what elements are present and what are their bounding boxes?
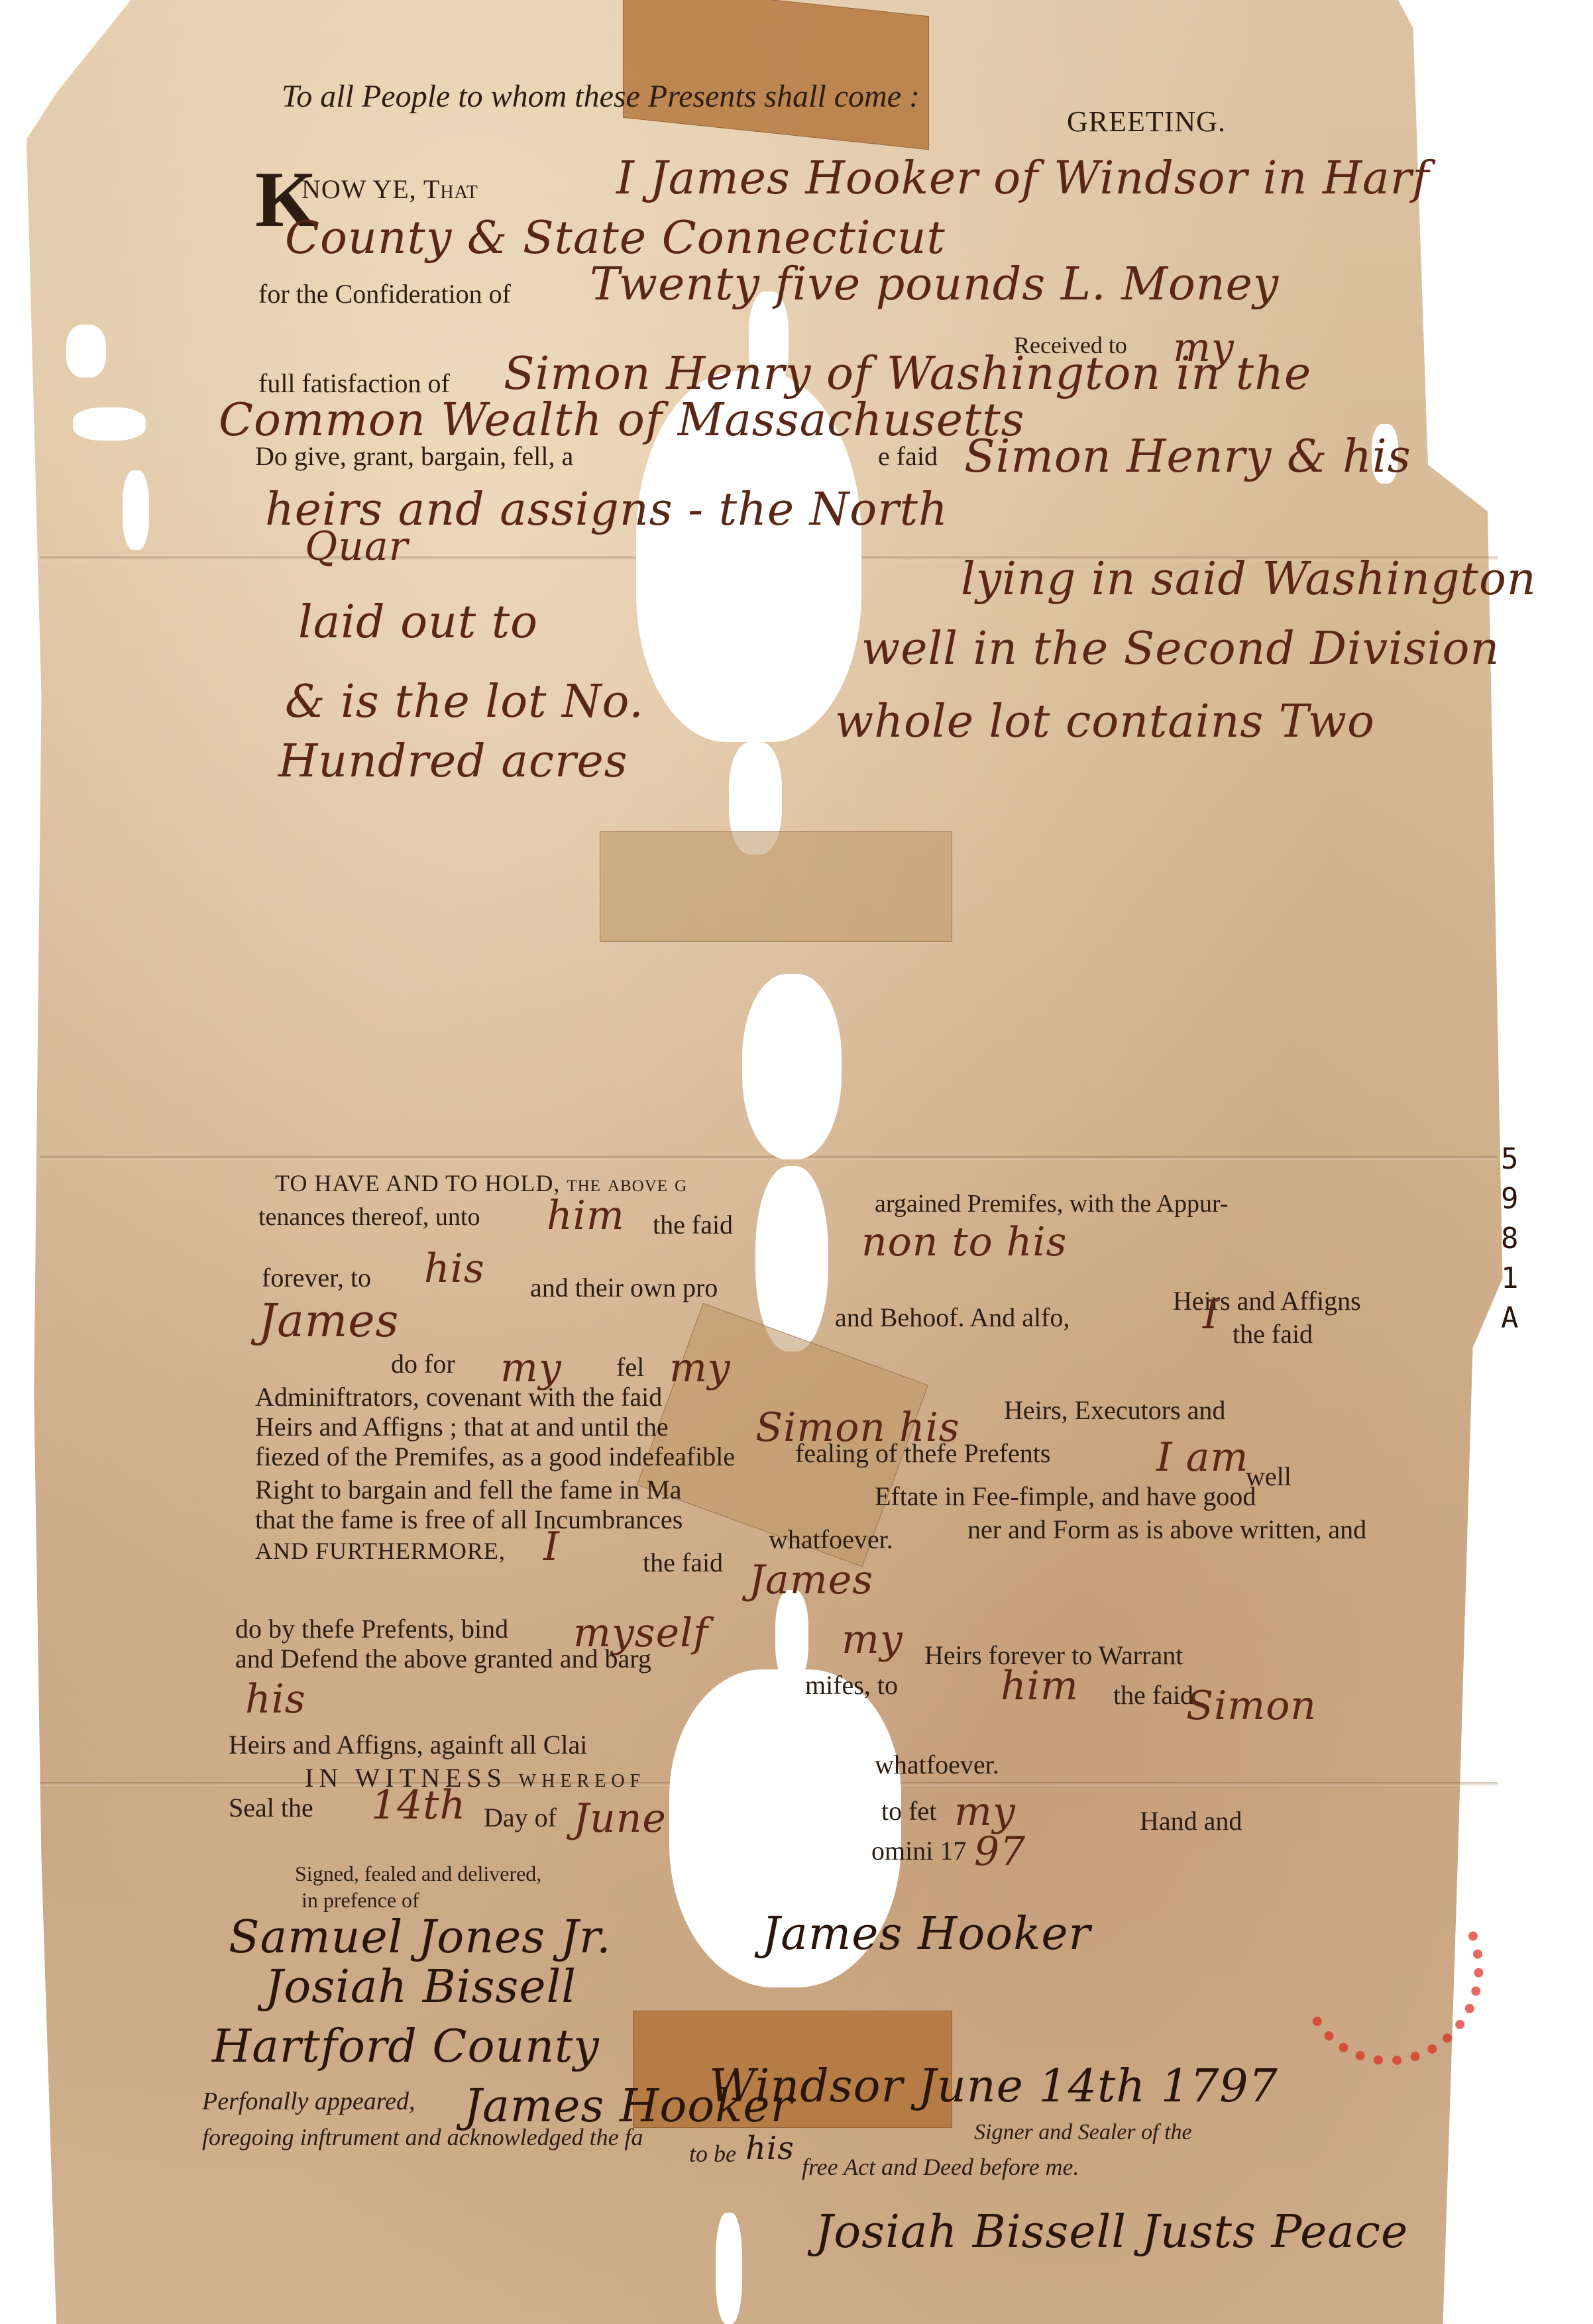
simon-to-his-hw: non to his (861, 1219, 1067, 1265)
my-hw-2: my (669, 1345, 731, 1391)
i-hw-1: I (1203, 1292, 1219, 1338)
seal-the: Seal the (229, 1792, 313, 1823)
quarter-hw: Quar (305, 523, 408, 570)
know-ye-text: NOW YE, That (302, 174, 478, 205)
county-hw: Hartford County (212, 2021, 600, 2073)
their-own: and their own pro (530, 1272, 718, 1303)
witness-1-signature: Samuel Jones Jr. (229, 1911, 612, 1964)
james-hw-1: James (258, 1295, 399, 1347)
bargained-premises: argained Premifes, with the Appur- (875, 1189, 1229, 1218)
tear-hole (123, 470, 149, 550)
do-for: do for (391, 1348, 455, 1379)
do-by-these: do by thefe Prefents, bind (235, 1613, 508, 1644)
seized-text: fiezed of the Premifes, as a good indefe… (255, 1441, 735, 1472)
grantee-name: Simon Henry of Washington in the (504, 348, 1311, 400)
in-witness: IN WITNESS whereof (305, 1762, 645, 1793)
second-division-hw: well in the Second Division (861, 623, 1500, 675)
administrators-text: Adminiftrators, covenant with the faid (255, 1381, 662, 1412)
the-said-2: the faid (653, 1209, 733, 1240)
tear-hole (755, 1166, 828, 1351)
heirs-against: Heirs and Affigns, againft all Clai (229, 1729, 587, 1760)
sealing-presents: fealing of thefe Prefents (795, 1438, 1050, 1469)
the-said-5: the faid (1113, 1679, 1193, 1711)
consideration-label: for the Confideration of (258, 278, 511, 309)
him-hw-2: him (1001, 1663, 1079, 1709)
self-1: fel (616, 1351, 644, 1383)
day-of: Day of (484, 1802, 557, 1833)
grantee-name-2: Simon Henry & his (964, 431, 1411, 483)
tear-hole (73, 407, 146, 441)
i-hw-2: I (543, 1524, 560, 1570)
heirs-assigns-2: Heirs and Affigns ; that at and until th… (255, 1411, 669, 1442)
county-state: County & State Connecticut (285, 212, 946, 264)
whole-lot-hw: whole lot contains Two (835, 696, 1375, 748)
tear-hole (716, 2213, 742, 2324)
his-hw-1: his (424, 1245, 485, 1292)
signer-sealer: Signer and Sealer of the (974, 2120, 1192, 2145)
tear-hole (775, 1590, 808, 1683)
simon-hw: Simon (1186, 1683, 1317, 1729)
his-hw-2: his (245, 1676, 306, 1722)
hand-and: Hand and (1140, 1805, 1242, 1836)
anno-domini: omini 17 (871, 1835, 966, 1866)
heirs-assigns-1: Heirs and Affigns (1173, 1285, 1361, 1316)
him-hw-1: him (547, 1192, 625, 1239)
laid-out-hw: laid out to (298, 596, 538, 649)
heirs-executors: Heirs, Executors and (1004, 1395, 1225, 1426)
year-hw: 97 (974, 1828, 1026, 1875)
free-of-text: that the fame is free of all Incumbrance… (255, 1504, 683, 1535)
commonwealth: Common Wealth of Massachusetts (219, 394, 1024, 447)
whatsoever-1: whatfoever. (769, 1524, 893, 1555)
tear-hole (742, 974, 842, 1159)
grantor-signature: James Hooker (762, 1908, 1091, 1960)
tenances-text: tenances thereof, unto (258, 1202, 480, 1232)
the-said-3: the faid (1233, 1318, 1313, 1349)
the-said-4: the faid (643, 1547, 723, 1578)
witness-2-signature: Josiah Bissell (265, 1961, 577, 2013)
james-hw-2: James (749, 1557, 873, 1603)
greeting-line: To all People to whom these Presents sha… (282, 78, 920, 115)
to-have-and-hold: TO HAVE AND TO HOLD, the above g (275, 1169, 687, 1197)
ner-form: ner and Form as is above written, and (967, 1514, 1366, 1545)
fold-line (40, 1156, 1498, 1160)
month-hw: June (573, 1795, 667, 1842)
forever-to: forever, to (262, 1262, 371, 1293)
estate-fee: Eftate in Fee-fimple, and have good (875, 1481, 1256, 1512)
right-bargain: Right to bargain and fell the fame in Ma (255, 1474, 682, 1505)
signed-sealed: Signed, fealed and delivered, (295, 1862, 541, 1886)
his-hw-3: his (745, 2130, 795, 2167)
the-said-1: e faid (878, 441, 938, 472)
personally-appeared: Perfonally appeared, (202, 2087, 415, 2116)
greeting-word: GREETING. (1067, 105, 1226, 138)
tape-strip (600, 831, 952, 942)
free-act-text: free Act and Deed before me. (802, 2153, 1079, 2181)
margin-note: 5 9 8 1 A (1501, 1139, 1527, 1338)
to-set: to fet (881, 1795, 936, 1826)
hundred-acres-hw: Hundred acres (278, 735, 628, 788)
lying-in-hw: lying in said Washington (961, 553, 1537, 606)
premises-to: mifes, to (805, 1669, 898, 1701)
my-hw-3: my (842, 1616, 903, 1663)
foregoing-text: foregoing inftrument and acknowledged th… (202, 2123, 643, 2151)
day-hw: 14th (371, 1782, 466, 1828)
whatsoever-2: whatfoever. (875, 1749, 999, 1780)
grantor-name: I James Hooker of Windsor in Harf (616, 152, 1429, 205)
consideration-amount: Twenty five pounds L. Money (590, 258, 1279, 311)
i-am-hw: I am (1156, 1434, 1248, 1481)
behoof-text: and Behoof. And alfo, (835, 1302, 1070, 1333)
lot-number-hw: & is the lot No. (285, 676, 644, 728)
tear-hole (66, 325, 106, 378)
to-be: to be (689, 2140, 736, 2168)
do-give-text: Do give, grant, bargain, fell, a (255, 441, 573, 472)
defend-text: and Defend the above granted and barg (235, 1643, 651, 1674)
in-presence: in prefence of (302, 1888, 419, 1913)
furthermore: AND FURTHERMORE, (255, 1537, 506, 1565)
justice-signature: Josiah Bissell Justs Peace (815, 2206, 1408, 2258)
town-date-hw: Windsor June 14th 1797 (709, 2060, 1278, 2113)
